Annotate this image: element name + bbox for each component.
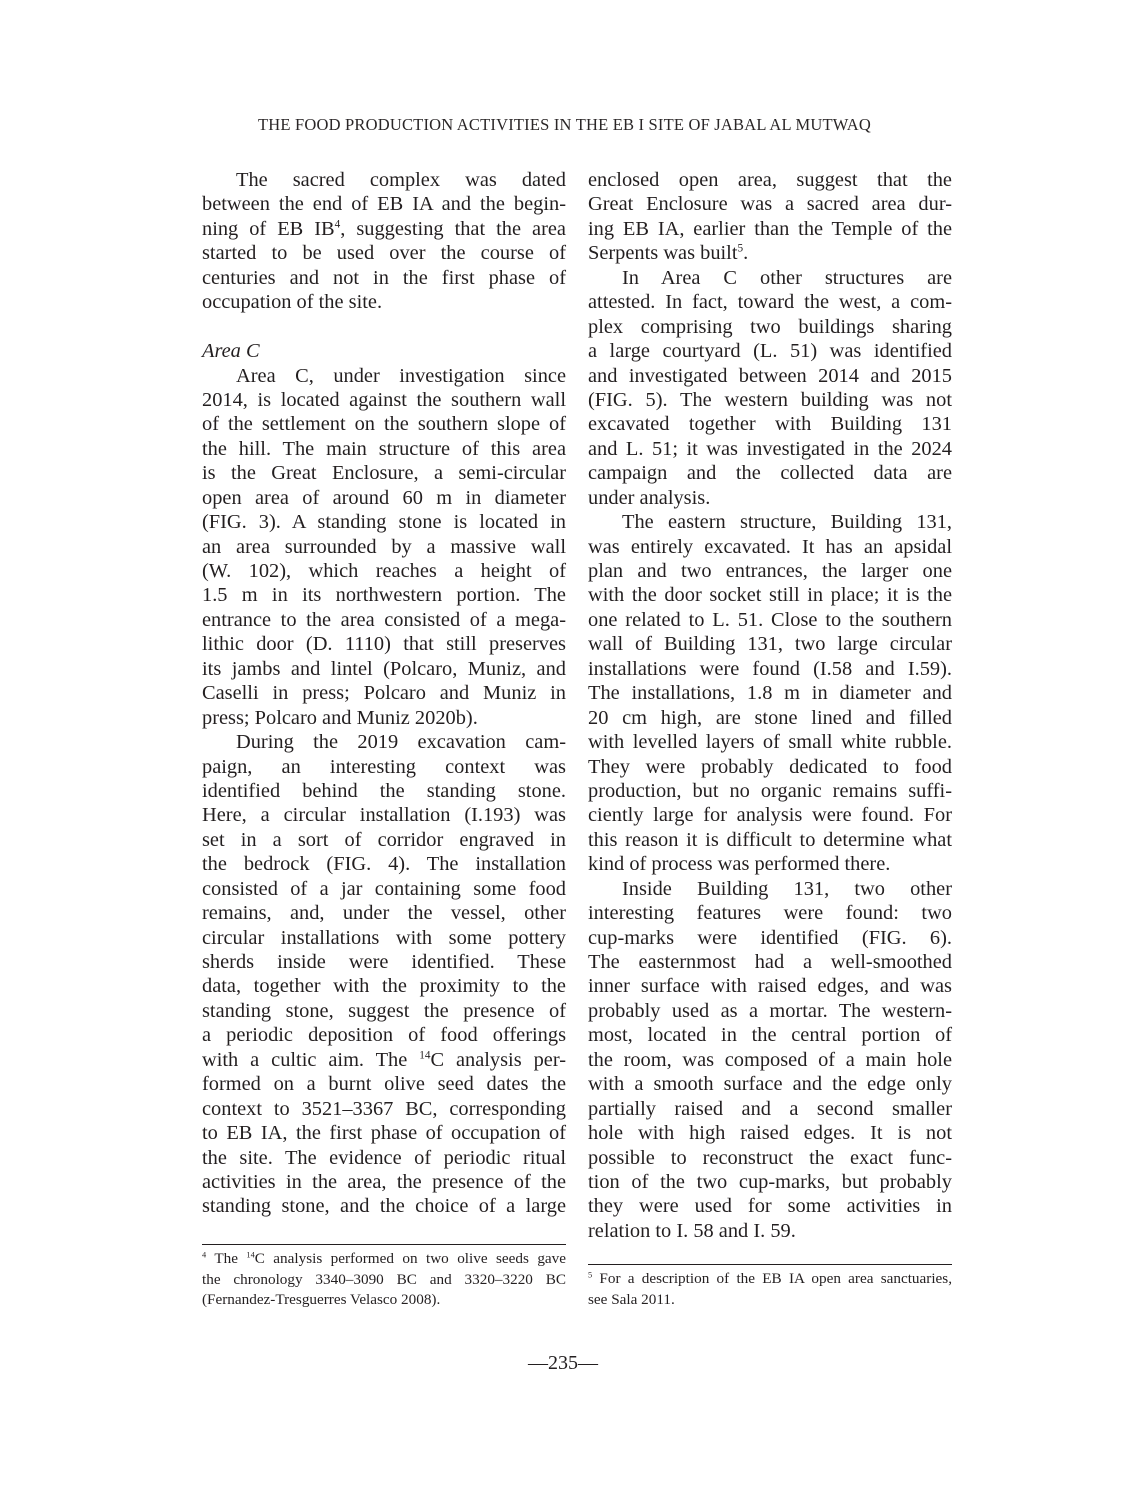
footnote-4: 4 The 14C analysis performed on two oliv… xyxy=(202,1244,566,1311)
text-line: inner surface with raised edges, and was xyxy=(588,974,952,998)
text-line: occupation of the site. xyxy=(202,290,566,314)
text-line: the bedrock (FIG. 4). The installation xyxy=(202,852,566,876)
footnote-line: see Sala 2011. xyxy=(588,1290,952,1311)
text-line: and investigated between 2014 and 2015 xyxy=(588,364,952,388)
text-line: excavated together with Building 131 xyxy=(588,412,952,436)
section-heading-area-c: Area C xyxy=(202,339,566,363)
text-line: its jambs and lintel (Polcaro, Muniz, an… xyxy=(202,657,566,681)
left-column: The sacred complex was dated between the… xyxy=(202,168,566,1219)
text-line: lithic door (D. 1110) that still preserv… xyxy=(202,632,566,656)
text-line: partially raised and a second smaller xyxy=(588,1097,952,1121)
text-line: cup-marks were identified (FIG. 6). xyxy=(588,926,952,950)
paragraph-building-131: The eastern structure, Building 131, was… xyxy=(588,510,952,877)
text-line: this reason it is difficult to determine… xyxy=(588,828,952,852)
text-line: with a smooth surface and the edge only xyxy=(588,1072,952,1096)
text-line: Caselli in press; Polcaro and Muniz in xyxy=(202,681,566,705)
text-line: activities in the area, the presence of … xyxy=(202,1170,566,1194)
text-line: paign, an interesting context was xyxy=(202,755,566,779)
footnote-line: the chronology 3340–3090 BC and 3320–322… xyxy=(202,1270,566,1291)
text-line: one related to L. 51. Close to the south… xyxy=(588,608,952,632)
text-line: hole with high raised edges. It is not xyxy=(588,1121,952,1145)
text-line: The eastern structure, Building 131, xyxy=(588,510,952,534)
text-line: sherds inside were identified. These xyxy=(202,950,566,974)
text-line: attested. In fact, toward the west, a co… xyxy=(588,290,952,314)
text-line: probably used as a mortar. The western- xyxy=(588,999,952,1023)
text-line: and L. 51; it was investigated in the 20… xyxy=(588,437,952,461)
paragraph-enclosed-area: enclosed open area, suggest that the Gre… xyxy=(588,168,952,266)
text-line: most, located in the central portion of xyxy=(588,1023,952,1047)
text-line: Serpents was built5. xyxy=(588,241,952,265)
text-line: with a cultic aim. The 14C analysis per- xyxy=(202,1048,566,1072)
page-number: —235— xyxy=(0,1352,1126,1375)
text-line: entrance to the area consisted of a mega… xyxy=(202,608,566,632)
text-line: circular installations with some pottery xyxy=(202,926,566,950)
text-line: standing stone, suggest the presence of xyxy=(202,999,566,1023)
text-line: relation to I. 58 and I. 59. xyxy=(588,1219,952,1243)
text-line: tion of the two cup-marks, but probably xyxy=(588,1170,952,1194)
text-line: The sacred complex was dated xyxy=(202,168,566,192)
text-line: the room, was composed of a main hole xyxy=(588,1048,952,1072)
text-line: (FIG. 5). The western building was not xyxy=(588,388,952,412)
text-line: to EB IA, the first phase of occupation … xyxy=(202,1121,566,1145)
text-line: production, but no organic remains suffi… xyxy=(588,779,952,803)
text-line: Here, a circular installation (I.193) wa… xyxy=(202,803,566,827)
running-head: THE FOOD PRODUCTION ACTIVITIES IN THE EB… xyxy=(258,115,958,135)
text-line: centuries and not in the first phase of xyxy=(202,266,566,290)
paragraph-sacred-complex: The sacred complex was dated between the… xyxy=(202,168,566,315)
text-line: They were probably dedicated to food xyxy=(588,755,952,779)
text-line: (W. 102), which reaches a height of xyxy=(202,559,566,583)
text-line: a large courtyard (L. 51) was identified xyxy=(588,339,952,363)
text-line: is the Great Enclosure, a semi-circular xyxy=(202,461,566,485)
text-line: an area surrounded by a massive wall xyxy=(202,535,566,559)
footnote-rule xyxy=(588,1264,952,1265)
text-line: the site. The evidence of periodic ritua… xyxy=(202,1146,566,1170)
footnote-line: 5 For a description of the EB IA open ar… xyxy=(588,1269,952,1290)
text-line: a periodic deposition of food offerings xyxy=(202,1023,566,1047)
text-line: Great Enclosure was a sacred area dur- xyxy=(588,192,952,216)
text-line: with the door socket still in place; it … xyxy=(588,583,952,607)
text-line: context to 3521–3367 BC, corresponding xyxy=(202,1097,566,1121)
text-line: During the 2019 excavation cam- xyxy=(202,730,566,754)
footnote-line: (Fernandez-Tresguerres Velasco 2008). xyxy=(202,1290,566,1311)
text-line: was entirely excavated. It has an apsida… xyxy=(588,535,952,559)
text-line: ing EB IA, earlier than the Temple of th… xyxy=(588,217,952,241)
text-line: press; Polcaro and Muniz 2020b). xyxy=(202,706,566,730)
text-line: ning of EB IB4, suggesting that the area xyxy=(202,217,566,241)
paragraph-area-c: Area C, under investigation since 2014, … xyxy=(202,364,566,731)
footnote-rule xyxy=(202,1244,566,1245)
text-line: The installations, 1.8 m in diameter and xyxy=(588,681,952,705)
text-line: formed on a burnt olive seed dates the xyxy=(202,1072,566,1096)
text-line: under analysis. xyxy=(588,486,952,510)
text-line: set in a sort of corridor engraved in xyxy=(202,828,566,852)
text-line: installations were found (I.58 and I.59)… xyxy=(588,657,952,681)
text-line: data, together with the proximity to the xyxy=(202,974,566,998)
text-line: standing stone, and the choice of a larg… xyxy=(202,1194,566,1218)
text-line: remains, and, under the vessel, other xyxy=(202,901,566,925)
footnote-5: 5 For a description of the EB IA open ar… xyxy=(588,1264,952,1310)
text-line: consisted of a jar containing some food xyxy=(202,877,566,901)
text-line: the hill. The main structure of this are… xyxy=(202,437,566,461)
text-line: ciently large for analysis were found. F… xyxy=(588,803,952,827)
paragraph-other-structures: In Area C other structures are attested.… xyxy=(588,266,952,510)
paragraph-cup-marks: Inside Building 131, two other interesti… xyxy=(588,877,952,1244)
text-line: started to be used over the course of xyxy=(202,241,566,265)
text-line: enclosed open area, suggest that the xyxy=(588,168,952,192)
text-line: between the end of EB IA and the begin- xyxy=(202,192,566,216)
text-line: (FIG. 3). A standing stone is located in xyxy=(202,510,566,534)
text-line: 2014, is located against the southern wa… xyxy=(202,388,566,412)
text-line: wall of Building 131, two large circular xyxy=(588,632,952,656)
right-column: enclosed open area, suggest that the Gre… xyxy=(588,168,952,1243)
text-line: plex comprising two buildings sharing xyxy=(588,315,952,339)
text-line: Area C, under investigation since xyxy=(202,364,566,388)
text-line: 1.5 m in its northwestern portion. The xyxy=(202,583,566,607)
text-line: kind of process was performed there. xyxy=(588,852,952,876)
text-line: open area of around 60 m in diameter xyxy=(202,486,566,510)
text-line: plan and two entrances, the larger one xyxy=(588,559,952,583)
text-line: with levelled layers of small white rubb… xyxy=(588,730,952,754)
text-line: In Area C other structures are xyxy=(588,266,952,290)
text-line: 20 cm high, are stone lined and filled xyxy=(588,706,952,730)
paragraph-2019-excavation: During the 2019 excavation cam- paign, a… xyxy=(202,730,566,1219)
text-line: campaign and the collected data are xyxy=(588,461,952,485)
text-line: identified behind the standing stone. xyxy=(202,779,566,803)
footnote-line: 4 The 14C analysis performed on two oliv… xyxy=(202,1249,566,1270)
text-line: of the settlement on the southern slope … xyxy=(202,412,566,436)
text-line: possible to reconstruct the exact func- xyxy=(588,1146,952,1170)
text-line: The easternmost had a well-smoothed xyxy=(588,950,952,974)
text-line: Inside Building 131, two other xyxy=(588,877,952,901)
text-line: they were used for some activities in xyxy=(588,1194,952,1218)
text-line: interesting features were found: two xyxy=(588,901,952,925)
